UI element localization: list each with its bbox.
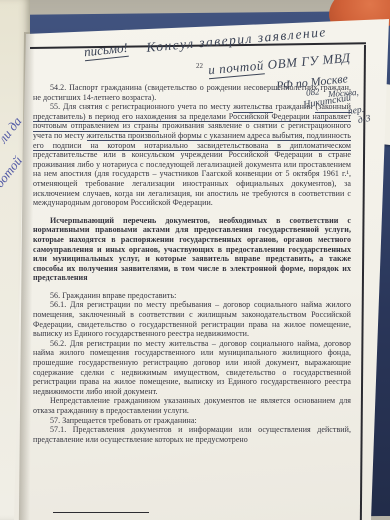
paragraph: Непредставление гражданином указанных до… [33, 396, 351, 415]
handwritten-code: 082 [306, 86, 320, 97]
page-number: 22 [196, 62, 203, 70]
document-text: 54.2. Паспорт гражданина (свидетельство … [33, 83, 351, 444]
paragraph: 55. Для снятия с регистрационного учета … [33, 102, 351, 208]
printed-text: представительстве или в консульском учре… [33, 150, 351, 207]
printed-text: 56. Гражданин вправе предоставить: [50, 291, 176, 300]
printed-text: Непредставление гражданином указанных до… [33, 396, 351, 415]
paragraph: Исчерпывающий перечень документов, необх… [33, 216, 351, 283]
handwritten-note-pismo: письмо! [83, 40, 128, 60]
paragraph: 56.1. Для регистрации по месту пребывани… [33, 300, 351, 338]
printed-text: 55. Для снятия с регистрационного учета … [50, 102, 233, 111]
printed-text: 57. Запрещается требовать от гражданина: [50, 416, 197, 425]
printed-text: 57.1. Представления документов и информа… [33, 425, 351, 444]
printed-text: Исчерпывающий перечень документов, необх… [33, 216, 351, 283]
footnote-separator-line [53, 512, 149, 513]
paragraph: 57.1. Представления документов и информа… [33, 425, 351, 444]
paragraph: 56.2. Для регистрации по месту жительств… [33, 339, 351, 397]
printed-text: 56.2. Для регистрации по месту жительств… [33, 339, 351, 396]
paragraph: 56. Гражданин вправе предоставить: [33, 291, 351, 301]
document-photo: 22 54.2. Паспорт гражданина (свидетельст… [0, 0, 390, 520]
paragraph: 57. Запрещается требовать от гражданина: [33, 416, 351, 426]
printed-text: 56.1. Для регистрации по месту пребывани… [33, 300, 351, 338]
